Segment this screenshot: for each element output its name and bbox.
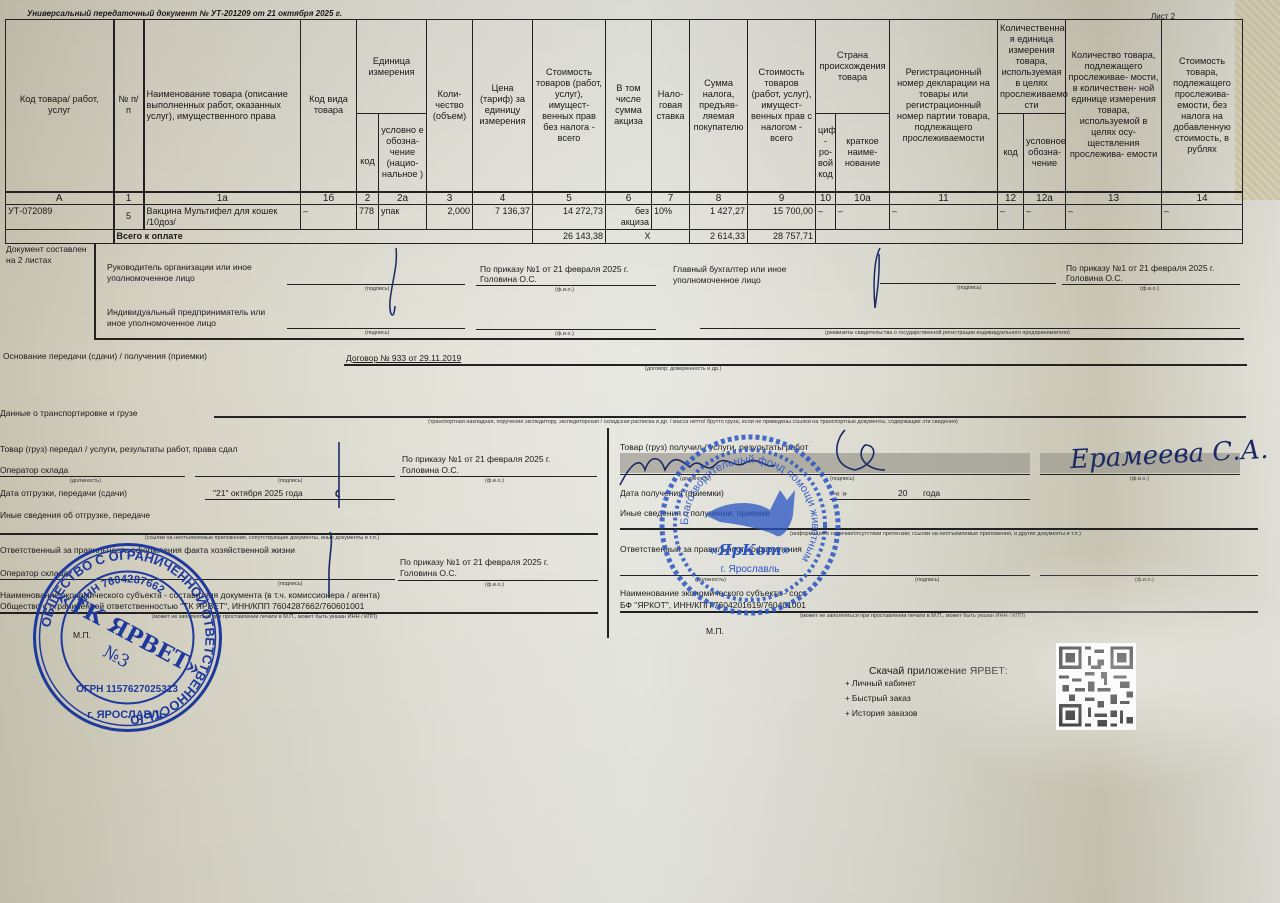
cell-trace-cost: – bbox=[1162, 204, 1243, 229]
ip-label: Индивидуальный предприниматель или иное … bbox=[107, 307, 277, 329]
seller-responsible-label: Ответственный за правильность оформления… bbox=[0, 545, 295, 556]
colnum: 1а bbox=[144, 192, 301, 205]
seller-mp: М.П. bbox=[73, 630, 91, 641]
caption-position: (должность) bbox=[70, 478, 101, 484]
header-tax-rate: Нало- говая ставка bbox=[652, 20, 690, 192]
ship-date-label: Дата отгрузки, передачи (сдачи) bbox=[0, 488, 127, 499]
buyer-entity-label: Наименование экономического субъекта - с… bbox=[620, 588, 806, 599]
colnum: А bbox=[6, 192, 114, 205]
caption-fio: (ф.и.о.) bbox=[485, 478, 504, 484]
header-country-group: Страна происхождения товара bbox=[816, 20, 890, 114]
colnum: 4 bbox=[473, 192, 533, 205]
cell-kind-code: – bbox=[301, 204, 357, 229]
total-label: Всего к оплате bbox=[114, 229, 533, 243]
total-row: Всего к оплате 26 143,38 Х 2 614,33 28 7… bbox=[6, 229, 1243, 243]
colnum: 10а bbox=[836, 192, 890, 205]
seller-order: По приказу №1 от 21 февраля 2025 г. bbox=[402, 454, 550, 465]
svg-text:г. Ярославль: г. Ярославль bbox=[721, 564, 780, 575]
cell-unit-code: 778 bbox=[357, 204, 379, 229]
colnum: 9 bbox=[748, 192, 816, 205]
cell-excise: без акциза bbox=[606, 204, 652, 229]
responsible-name: Головина О.С. bbox=[400, 568, 457, 579]
colnum: 14 bbox=[1162, 192, 1243, 205]
header-price: Цена (тариф) за единицу измерения bbox=[473, 20, 533, 192]
buyer-other-caption: (информация о наличии/отсутствии претенз… bbox=[790, 531, 1081, 537]
header-n: № п/п bbox=[114, 20, 144, 192]
cell-price: 7 136,37 bbox=[473, 204, 533, 229]
header-tax-sum: Сумма налога, предъяв- ляемая покупателю bbox=[690, 20, 748, 192]
total-tax-sum: 2 614,33 bbox=[690, 229, 748, 243]
seller-entity-caption: (может не заполняться при проставлении п… bbox=[152, 614, 377, 620]
colnum: 11 bbox=[890, 192, 998, 205]
caption-fio: (ф.и.о.) bbox=[555, 287, 574, 293]
buyer-entity-caption: (может не заполняться при проставлении п… bbox=[800, 613, 1025, 619]
promo-item: Быстрый заказ bbox=[845, 691, 917, 706]
colnum: 10 bbox=[816, 192, 836, 205]
colnum: 5 bbox=[533, 192, 606, 205]
caption-sign: (подпись) bbox=[278, 581, 302, 587]
receive-year[interactable]: 20 bbox=[898, 488, 907, 499]
receive-year-suffix: года bbox=[923, 488, 940, 499]
head-name: Головина О.С. bbox=[480, 274, 537, 285]
cell-sum-no-tax: 14 272,73 bbox=[533, 204, 606, 229]
caption-position: (должность) bbox=[680, 476, 711, 482]
buyer-mp: М.П. bbox=[706, 626, 724, 637]
receive-date-quotes[interactable]: « » bbox=[835, 488, 847, 499]
total-sum-no-tax: 26 143,38 bbox=[533, 229, 606, 243]
cell-country-name: – bbox=[836, 204, 890, 229]
accountant-label: Главный бухгалтер или иное уполномоченно… bbox=[673, 264, 833, 286]
header-trace-qty: Количество товара, подлежащего прослежив… bbox=[1066, 20, 1162, 192]
cell-name: Вакцина Мультифел для кошек /10доз/ bbox=[144, 204, 301, 229]
caption-position: (должность) bbox=[695, 577, 726, 583]
basis-label: Основание передачи (сдачи) / получения (… bbox=[3, 351, 207, 362]
cell-code: УТ-072089 bbox=[6, 204, 114, 229]
buyer-received-label: Товар (груз) получил / услуги, результат… bbox=[620, 442, 808, 453]
colnum: 6 bbox=[606, 192, 652, 205]
caption-fio: (ф.и.о.) bbox=[1135, 577, 1154, 583]
header-unit-code: код bbox=[357, 114, 379, 192]
total-sum-with-tax: 28 757,71 bbox=[748, 229, 816, 243]
caption-sign: (подпись) bbox=[365, 330, 389, 336]
header-code: Код товара/ работ, услуг bbox=[6, 20, 114, 192]
colnum: 3 bbox=[427, 192, 473, 205]
caption-fio: (ф.и.о.) bbox=[1130, 476, 1149, 482]
colnum: 8 bbox=[690, 192, 748, 205]
caption-sign: (подпись) bbox=[830, 476, 854, 482]
svg-text:г. ЯРОСЛАВЛЬ: г. ЯРОСЛАВЛЬ bbox=[87, 709, 167, 721]
table-row: УТ-072089 5 Вакцина Мультифел для кошек … bbox=[6, 204, 1243, 229]
caption-sign: (подпись) bbox=[957, 285, 981, 291]
promo-item: История заказов bbox=[845, 706, 917, 721]
buyer-other-label: Иные сведения о получении, приемке bbox=[620, 508, 770, 519]
colnum: 7 bbox=[652, 192, 690, 205]
seller-name: Головина О.С. bbox=[402, 465, 459, 476]
goods-table: Код товара/ работ, услуг № п/п Наименова… bbox=[5, 19, 1243, 244]
header-country-name: краткое наиме- нование bbox=[836, 114, 890, 192]
basis-value[interactable]: Договор № 933 от 29.11.2019 bbox=[346, 353, 461, 364]
cell-trace-code: – bbox=[998, 204, 1024, 229]
header-excise: В том числе сумма акциза bbox=[606, 20, 652, 192]
header-unit-name: условно е обозна- чение (нацио- нальное … bbox=[379, 114, 427, 192]
cell-tax-rate: 10% bbox=[652, 204, 690, 229]
caption-sign: (подпись) bbox=[915, 577, 939, 583]
cell-trace-qty: – bbox=[1066, 204, 1162, 229]
svg-text:ОГРН 1157627025313: ОГРН 1157627025313 bbox=[76, 684, 178, 695]
colnum: 2 bbox=[357, 192, 379, 205]
colnum: 1б bbox=[301, 192, 357, 205]
header-trace-unit-code: код bbox=[998, 114, 1024, 192]
cell-n: 5 bbox=[114, 204, 144, 229]
column-numbers-row: А 1 1а 1б 2 2а 3 4 5 6 7 8 9 10 10а 11 1… bbox=[6, 192, 1243, 205]
header-sum-with-tax: Стоимость товаров (работ, услуг), имущес… bbox=[748, 20, 816, 192]
header-trace-unit-group: Количественна я единица измерения товара… bbox=[998, 20, 1066, 114]
seller-entity-label: Наименование экономического субъекта - с… bbox=[0, 590, 380, 601]
header-trace-cost: Стоимость товара, подлежащего прослежива… bbox=[1162, 20, 1243, 192]
caption-fio: (ф.и.о.) bbox=[1140, 286, 1159, 292]
cell-qty: 2,000 bbox=[427, 204, 473, 229]
cell-country-code: – bbox=[816, 204, 836, 229]
transport-label: Данные о транспортировке и грузе bbox=[0, 408, 137, 419]
header-name: Наименование товара (описание выполненны… bbox=[144, 20, 301, 192]
seller-position: Оператор склада bbox=[0, 465, 68, 476]
caption-fio: (ф.и.о.) bbox=[555, 331, 574, 337]
svg-text:№3: №3 bbox=[100, 642, 133, 672]
buyer-responsible-label: Ответственный за правильность оформления bbox=[620, 544, 802, 555]
qr-code[interactable] bbox=[1056, 643, 1136, 730]
colnum: 13 bbox=[1066, 192, 1162, 205]
receive-date-label: Дата получения (приемки) bbox=[620, 488, 724, 499]
caption-ip-reg: (реквизиты свидетельства о государственн… bbox=[825, 330, 1070, 336]
document-title: Универсальный передаточный документ № УТ… bbox=[27, 9, 342, 18]
header-sum-no-tax: Стоимость товаров (работ, услуг), имущес… bbox=[533, 20, 606, 192]
header-reg-number: Регистрационный номер декларации на това… bbox=[890, 20, 998, 192]
cell-tax-sum: 1 427,27 bbox=[690, 204, 748, 229]
head-label: Руководитель организации или иное уполно… bbox=[107, 262, 277, 284]
ship-date: "21" октября 2025 года bbox=[213, 488, 303, 499]
caption-sign: (подпись) bbox=[278, 478, 302, 484]
total-excise: Х bbox=[606, 229, 690, 243]
header-trace-unit-name: условное обозна- чение bbox=[1024, 114, 1066, 192]
responsible-position: Оператор склада bbox=[0, 568, 68, 579]
seller-other-label: Иные сведения об отгрузке, передаче bbox=[0, 510, 150, 521]
colnum: 12 bbox=[998, 192, 1024, 205]
basis-caption: (договор; доверенность и др.) bbox=[645, 366, 721, 372]
promo-list: Личный кабинет Быстрый заказ История зак… bbox=[845, 676, 917, 721]
header-qty: Коли- чество (объем) bbox=[427, 20, 473, 192]
colnum: 12а bbox=[1024, 192, 1066, 205]
transport-caption: (транспортная накладная, поручение экспе… bbox=[428, 419, 1248, 425]
colnum: 1 bbox=[114, 192, 144, 205]
seller-other-caption: (ссылки на неотъемлемые приложения, сопу… bbox=[145, 535, 379, 541]
colnum: 2а bbox=[379, 192, 427, 205]
caption-sign: (подпись) bbox=[365, 286, 389, 292]
cell-sum-with-tax: 15 700,00 bbox=[748, 204, 816, 229]
header-country-code: циф - ро- вой код bbox=[816, 114, 836, 192]
cell-unit-name: упак bbox=[379, 204, 427, 229]
promo-item: Личный кабинет bbox=[845, 676, 917, 691]
header-kind-code: Код вида товара bbox=[301, 20, 357, 192]
seller-entity-value: Общество с ограниченной ответственностью… bbox=[0, 601, 364, 612]
caption-fio: (ф.и.о.) bbox=[485, 582, 504, 588]
buyer-entity-value: БФ "ЯРКОТ", ИНН/КПП 7604201619/760401001 bbox=[620, 600, 806, 611]
cell-reg-number: – bbox=[890, 204, 998, 229]
header-unit-group: Единица измерения bbox=[357, 20, 427, 114]
accountant-name: Головина О.С. bbox=[1066, 273, 1123, 284]
seller-transferred-label: Товар (груз) передал / услуги, результат… bbox=[0, 444, 237, 455]
responsible-order: По приказу №1 от 21 февраля 2025 г. bbox=[400, 557, 548, 568]
cell-trace-name: – bbox=[1024, 204, 1066, 229]
pages-note: Документ составлен на 2 листах bbox=[6, 244, 91, 266]
